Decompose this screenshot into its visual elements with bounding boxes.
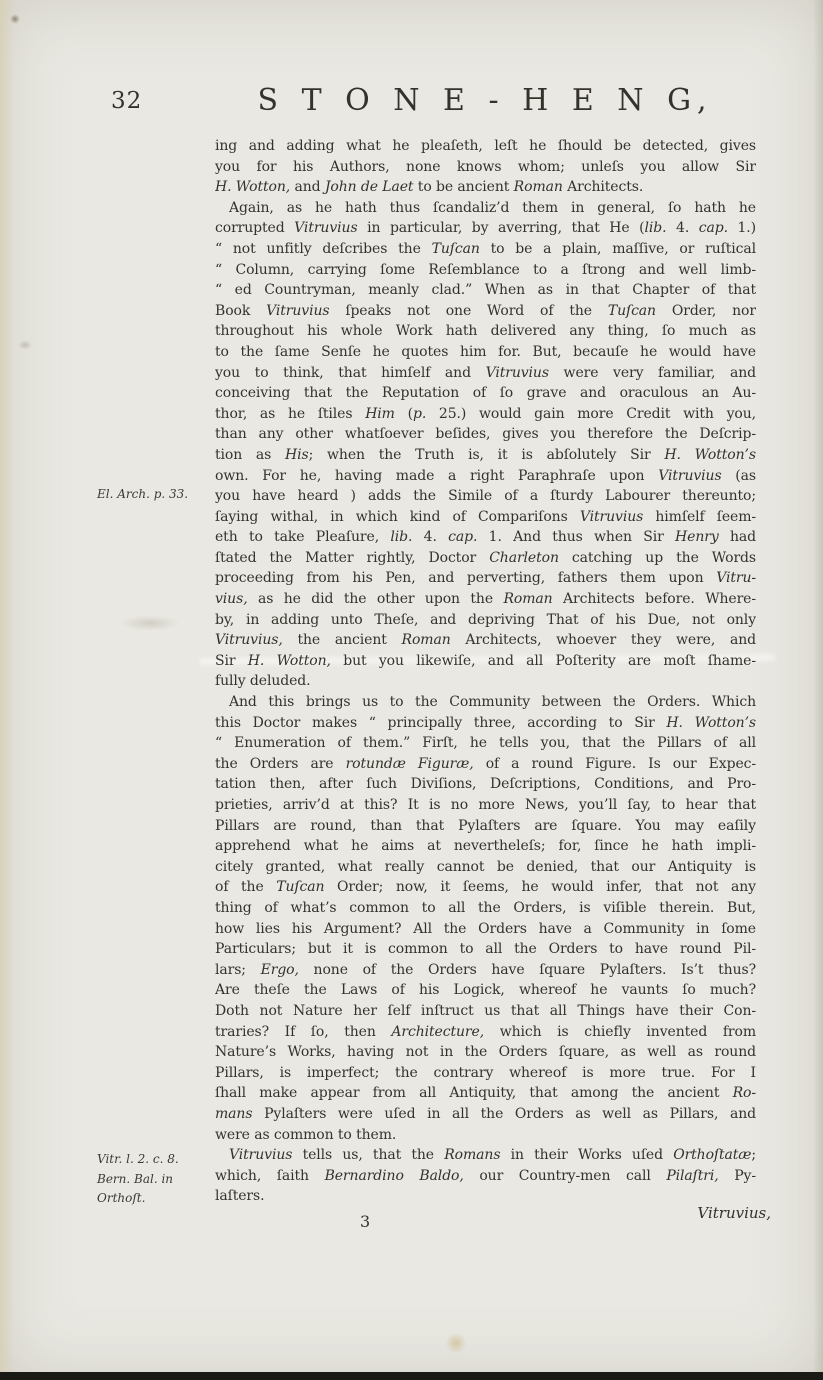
text-line: “ not unfitly deſcribes the Tuſcan to be… (215, 239, 756, 260)
text-line: you have heard ) adds the Simile of a ſt… (215, 486, 756, 507)
text-segment: himſelf ſeem- (643, 509, 756, 525)
text-line: vius, as he did the other upon the Roman… (215, 589, 756, 610)
text-line: Sir H. Wotton, but you likewiſe, and all… (215, 651, 756, 672)
text-line: prieties, arriv’d at this? It is no more… (215, 795, 756, 816)
text-segment: rotundæ Figuræ, (346, 756, 474, 772)
text-segment: ſtated the Matter rightly, Doctor (215, 550, 489, 566)
text-segment: Roman (514, 179, 563, 195)
text-line: ing and adding what he pleaſeth, leſt he… (215, 136, 756, 157)
text-segment: were as common to them. (215, 1127, 396, 1143)
text-line: own. For he, having made a right Paraphr… (215, 466, 756, 487)
text-line: Particulars; but it is common to all the… (215, 939, 756, 960)
margin-note-line: Orthoſt. (97, 1189, 211, 1209)
text-line: Are theſe the Laws of his Logick, whereo… (215, 980, 756, 1001)
text-line: traries? If ſo, then Architecture, which… (215, 1022, 756, 1043)
text-line: ſhall make appear from all Antiquity, th… (215, 1083, 756, 1104)
text-segment: none of the Orders have ſquare Pylaſters… (299, 962, 756, 978)
text-segment: John de Laet (325, 179, 414, 195)
text-segment: ſaying withal, in which kind of Compariſ… (215, 509, 580, 525)
text-segment: Him (365, 406, 395, 422)
text-segment: as he did the other upon the (248, 591, 504, 607)
text-segment: ing and adding what he pleaſeth, leſt he… (215, 138, 756, 154)
text-line: mans Pylaſters were uſed in all the Orde… (215, 1104, 756, 1125)
text-segment: own. For he, having made a right Paraphr… (215, 468, 658, 484)
text-segment: Vitruvius, (215, 632, 283, 648)
text-segment: Pilaſtri, (666, 1168, 718, 1184)
text-segment: the Orders are (215, 756, 346, 772)
text-segment: lib. (390, 529, 412, 545)
text-line: were as common to them. (215, 1125, 756, 1146)
text-segment: prieties, arriv’d at this? It is no more… (215, 797, 756, 813)
text-segment: Bernardino Baldo, (325, 1168, 464, 1184)
text-line: Book Vitruvius ſpeaks not one Word of th… (215, 301, 756, 322)
text-segment: H. Wotton, (215, 179, 290, 195)
text-segment: Pillars, is imperfect; the contrary wher… (215, 1065, 756, 1081)
text-segment: throughout his whole Work hath delivered… (215, 323, 756, 339)
text-line: ſaying withal, in which kind of Compariſ… (215, 507, 756, 528)
text-segment: 4. (412, 529, 448, 545)
text-segment: ſhall make appear from all Antiquity, th… (215, 1085, 733, 1101)
text-line: throughout his whole Work hath delivered… (215, 321, 756, 342)
text-line: “ Enumeration of them.” Firſt, he tells … (215, 733, 756, 754)
scan-bottom-edge (0, 1372, 823, 1380)
text-segment: Vitruvius (486, 365, 549, 381)
page-number: 32 (111, 88, 142, 114)
text-segment: Architects, whoever they were, and (451, 632, 756, 648)
text-segment: catching up the Words (559, 550, 756, 566)
text-segment: had (719, 529, 756, 545)
text-segment: mans (215, 1106, 252, 1122)
text-segment: Vitruvius (294, 220, 357, 236)
text-segment: Sir (215, 653, 248, 669)
text-line: And this brings us to the Community betw… (215, 692, 756, 713)
text-segment: citely granted, what really cannot be de… (215, 859, 756, 875)
text-line: “ Column, carrying ſome Reſemblance to a… (215, 260, 756, 281)
text-segment: ( (395, 406, 413, 422)
text-segment: Architects before. Where- (553, 591, 756, 607)
text-segment: 25.) would gain more Credit with you, (426, 406, 756, 422)
text-line: tation then, after ſuch Diviſions, Deſcr… (215, 774, 756, 795)
text-segment: “ Column, carrying ſome Reſemblance to a… (215, 262, 756, 278)
text-line: H. Wotton, and John de Laet to be ancien… (215, 177, 756, 198)
text-segment: Tuſcan (276, 879, 324, 895)
margin-note-line: Vitr. l. 2. c. 8. (97, 1150, 211, 1170)
text-segment: Are theſe the Laws of his Logick, whereo… (215, 982, 756, 998)
text-segment: Architecture, (391, 1024, 484, 1040)
text-line: Again, as he hath thus ſcandaliz’d them … (215, 198, 756, 219)
text-segment: proceeding from his Pen, and perverting,… (215, 570, 716, 586)
text-segment: Pillars are round, than that Pylaſters a… (215, 818, 756, 834)
text-segment: which is chiefly invented from (484, 1024, 756, 1040)
text-segment: lars; (215, 962, 261, 978)
text-line: by, in adding unto Theſe, and depriving … (215, 610, 756, 631)
stain (445, 1333, 467, 1353)
text-segment: ſpeaks not one Word of the (329, 303, 607, 319)
text-segment: of the (215, 879, 276, 895)
ink-bleedthrough (120, 615, 180, 631)
text-line: Doth not Nature her ſelf inſtruct us tha… (215, 1001, 756, 1022)
text-segment: 1.) (728, 220, 756, 236)
text-line: this Doctor makes “ principally three, a… (215, 713, 756, 734)
text-segment: to be ancient (413, 179, 513, 195)
text-segment: this Doctor makes “ principally three, a… (215, 715, 666, 731)
page-right-edge (813, 0, 823, 1380)
text-segment: 1. And thus when Sir (477, 529, 675, 545)
text-segment: “ not unfitly deſcribes the (215, 241, 432, 257)
text-line: Nature’s Works, having not in the Orders… (215, 1042, 756, 1063)
running-title: S T O N E - H E N G, (215, 83, 756, 118)
text-line: lars; Ergo, none of the Orders have ſqua… (215, 960, 756, 981)
margin-note: Vitr. l. 2. c. 8. Bern. Bal. in Orthoſt. (97, 1150, 211, 1209)
text-line: eth to take Pleaſure, lib. 4. cap. 1. An… (215, 527, 756, 548)
text-line: apprehend what he aims at nevertheleſs; … (215, 836, 756, 857)
text-segment: tation then, after ſuch Diviſions, Deſcr… (215, 776, 756, 792)
page-left-edge (0, 0, 14, 1380)
text-line: Pillars, is imperfect; the contrary wher… (215, 1063, 756, 1084)
text-segment: corrupted (215, 220, 294, 236)
text-segment: Roman (402, 632, 451, 648)
text-segment: tion as (215, 447, 285, 463)
text-line: tion as His; when the Truth is, it is ab… (215, 445, 756, 466)
text-segment: Romans (444, 1147, 500, 1163)
text-line: you to think, that himſelf and Vitruvius… (215, 363, 756, 384)
text-segment: Architects. (563, 179, 643, 195)
text-line: which, ſaith Bernardino Baldo, our Count… (215, 1166, 756, 1187)
text-segment: Nature’s Works, having not in the Orders… (215, 1044, 756, 1060)
text-line: citely granted, what really cannot be de… (215, 857, 756, 878)
text-segment: were very familiar, and (549, 365, 756, 381)
text-segment: you to think, that himſelf and (215, 365, 486, 381)
catchword: Vitruvius, (215, 1204, 771, 1222)
text-segment: Pylaſters were uſed in all the Orders as… (252, 1106, 756, 1122)
text-line: you for his Authors, none knows whom; un… (215, 157, 756, 178)
text-segment: our Country-men call (464, 1168, 667, 1184)
text-segment: vius, (215, 591, 248, 607)
text-segment: Order; now, it ſeems, he would infer, th… (324, 879, 756, 895)
text-segment: Orthoſtatæ (673, 1147, 751, 1163)
text-segment: H. Wotton’s (666, 715, 756, 731)
text-segment: Doth not Nature her ſelf inſtruct us tha… (215, 1003, 756, 1019)
text-segment: His (285, 447, 309, 463)
text-segment: Tuſcan (608, 303, 656, 319)
text-segment: p. (413, 406, 426, 422)
text-line: ſtated the Matter rightly, Doctor Charle… (215, 548, 756, 569)
text-line: the Orders are rotundæ Figuræ, of a roun… (215, 754, 756, 775)
text-segment: H. Wotton, (248, 653, 331, 669)
text-segment: “ ed Countryman, meanly clad.” When as i… (215, 282, 756, 298)
text-segment: cap. (448, 529, 477, 545)
text-line: how lies his Argument? All the Orders ha… (215, 919, 756, 940)
text-segment: the ancient (283, 632, 402, 648)
text-segment: Vitruvius (266, 303, 329, 319)
text-segment: traries? If ſo, then (215, 1024, 391, 1040)
text-segment: laſters. (215, 1188, 264, 1204)
text-segment: which, ſaith (215, 1168, 325, 1184)
text-segment: to be a plain, maſſive, or ruſtical (480, 241, 756, 257)
text-line: to the ſame Senſe he quotes him for. But… (215, 342, 756, 363)
text-segment: lib. (644, 220, 666, 236)
text-segment: by, in adding unto Theſe, and depriving … (215, 612, 756, 628)
text-segment: Roman (503, 591, 552, 607)
text-segment: you have heard ) adds the Simile of a ſt… (215, 488, 756, 504)
text-segment: Tuſcan (432, 241, 480, 257)
text-line: corrupted Vitruvius in particular, by av… (215, 218, 756, 239)
text-segment: to the ſame Senſe he quotes him for. But… (215, 344, 756, 360)
text-segment: Vitru- (716, 570, 756, 586)
text-segment: “ Enumeration of them.” Firſt, he tells … (215, 735, 756, 751)
text-segment: you for his Authors, none knows whom; un… (215, 159, 756, 175)
text-segment: Order, nor (656, 303, 756, 319)
text-line: thor, as he ſtiles Him (p. 25.) would ga… (215, 404, 756, 425)
text-segment: Vitruvius (229, 1147, 292, 1163)
text-line: of the Tuſcan Order; now, it ſeems, he w… (215, 877, 756, 898)
text-segment: eth to take Pleaſure, (215, 529, 390, 545)
margin-note: El. Arch. p. 33. (97, 485, 211, 505)
text-segment: conceiving that the Reputation of ſo gra… (215, 385, 756, 401)
text-line: Pillars are round, than that Pylaſters a… (215, 816, 756, 837)
text-segment: Again, as he hath thus ſcandaliz’d them … (229, 200, 756, 216)
text-segment: Py- (719, 1168, 756, 1184)
text-segment: and (290, 179, 325, 195)
text-line: than any other whatſoever beſides, gives… (215, 424, 756, 445)
text-line: Vitruvius, the ancient Roman Architects,… (215, 630, 756, 651)
text-segment: Ergo, (261, 962, 299, 978)
text-segment: fully deluded. (215, 673, 311, 689)
text-segment: of a round Figure. Is our Expec- (474, 756, 756, 772)
text-segment: Charleton (489, 550, 559, 566)
text-segment: And this brings us to the Community betw… (229, 694, 756, 710)
text-segment: (as (722, 468, 756, 484)
text-segment: how lies his Argument? All the Orders ha… (215, 921, 756, 937)
text-line: “ ed Countryman, meanly clad.” When as i… (215, 280, 756, 301)
text-line: thing of what’s common to all the Orders… (215, 898, 756, 919)
text-segment: in their Works uſed (500, 1147, 673, 1163)
text-line: conceiving that the Reputation of ſo gra… (215, 383, 756, 404)
text-segment: than any other whatſoever beſides, gives… (215, 426, 756, 442)
text-segment: thing of what’s common to all the Orders… (215, 900, 756, 916)
text-segment: ; (751, 1147, 756, 1163)
text-segment: Vitruvius (580, 509, 643, 525)
text-segment: H. Wotton’s (664, 447, 756, 463)
text-line: Vitruvius tells us, that the Romans in t… (215, 1145, 756, 1166)
text-segment: 4. (666, 220, 698, 236)
text-segment: tells us, that the (292, 1147, 444, 1163)
text-segment: apprehend what he aims at nevertheleſs; … (215, 838, 756, 854)
text-segment: Vitruvius (658, 468, 721, 484)
text-segment: but you likewiſe, and all Poſterity are … (331, 653, 756, 669)
text-line: fully deluded. (215, 671, 756, 692)
stain (18, 340, 32, 350)
text-line: proceeding from his Pen, and perverting,… (215, 568, 756, 589)
text-segment: Ro- (733, 1085, 756, 1101)
text-segment: thor, as he ſtiles (215, 406, 365, 422)
margin-note-line: Bern. Bal. in (97, 1170, 211, 1190)
text-segment: ; when the Truth is, it is abſolutely Si… (309, 447, 665, 463)
margin-note-line: El. Arch. p. 33. (97, 485, 211, 505)
text-segment: cap. (699, 220, 728, 236)
body-text: ing and adding what he pleaſeth, leſt he… (215, 136, 756, 1207)
book-page-scan: 32 S T O N E - H E N G, El. Arch. p. 33.… (0, 0, 823, 1380)
text-segment: in particular, by averring, that He ( (358, 220, 645, 236)
text-segment: Henry (675, 529, 719, 545)
text-segment: Particulars; but it is common to all the… (215, 941, 756, 957)
text-segment: Book (215, 303, 266, 319)
